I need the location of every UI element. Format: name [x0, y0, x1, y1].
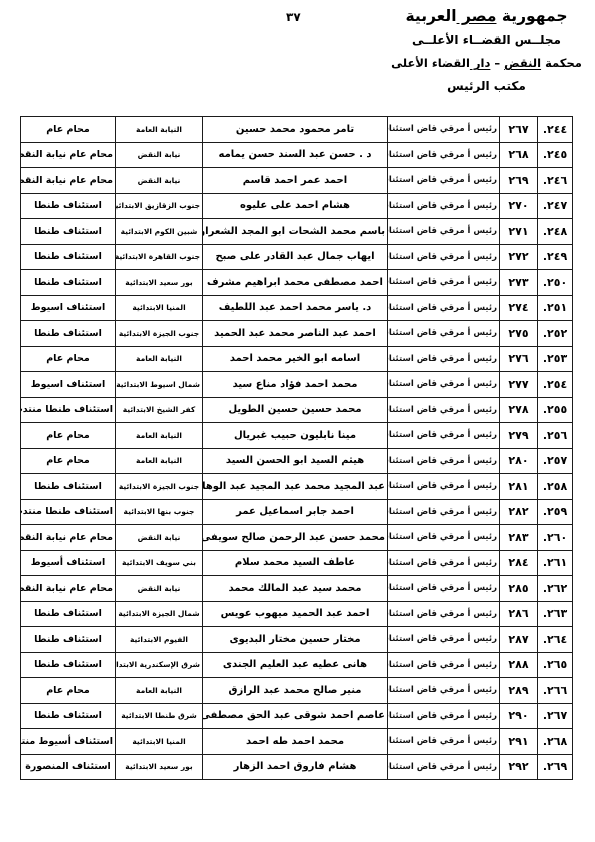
cell-serial: ٢٦٤.	[538, 627, 573, 653]
cell-number: ٢٧٧	[500, 372, 538, 398]
cell-court: بني سويف الابتدائية	[116, 550, 203, 576]
table-row: ٢٤٥.٢٦٨رئيس أ مرقي قاض استئنافد . حسن عب…	[21, 142, 573, 168]
cell-serial: ٢٤٨.	[538, 219, 573, 245]
cell-serial: ٢٦٣.	[538, 601, 573, 627]
cell-name: اسامه ابو الخير محمد احمد	[203, 346, 388, 372]
cell-serial: ٢٥٥.	[538, 397, 573, 423]
cell-rank: رئيس أ مرقي قاض استئناف	[388, 244, 500, 270]
table-row: ٢٥٤.٢٧٧رئيس أ مرقي قاض استئنافمحمد احمد …	[21, 372, 573, 398]
cell-rank: رئيس أ مرقي قاض استئناف	[388, 474, 500, 500]
table-row: ٢٥٦.٢٧٩رئيس أ مرقي قاض استئنافمينا نابلي…	[21, 423, 573, 449]
cell-rank: رئيس أ مرقي قاض استئناف	[388, 729, 500, 755]
cell-name: هشام احمد على عليوه	[203, 193, 388, 219]
cell-serial: ٢٦٥.	[538, 652, 573, 678]
cell-rank: رئيس أ مرقي قاض استئناف	[388, 601, 500, 627]
cell-name: عبد المجيد محمد عبد المجيد عبد الوهاب	[203, 474, 388, 500]
cell-rank: رئيس أ مرقي قاض استئناف	[388, 652, 500, 678]
cell-name: محمد حسن عبد الرحمن صالح سويفى	[203, 525, 388, 551]
cell-rank: رئيس أ مرقي قاض استئناف	[388, 576, 500, 602]
cell-serial: ٢٥٨.	[538, 474, 573, 500]
cell-court: النيابة العامة	[116, 448, 203, 474]
document-header: جمهورية مصر العربية مجلــس القضــاء الأع…	[383, 7, 590, 93]
cell-name: مينا نابليون حبيب غبريال	[203, 423, 388, 449]
table-row: ٢٤٩.٢٧٢رئيس أ مرقي قاض استئنافايهاب جمال…	[21, 244, 573, 270]
table-row: ٢٥٥.٢٧٨رئيس أ مرقي قاض استئنافمحمد حسين …	[21, 397, 573, 423]
cell-name: باسم محمد الشحات ابو المجد الشعراوى	[203, 219, 388, 245]
cell-position: محام عام نيابة النقض	[21, 168, 116, 194]
cell-name: احمد جابر اسماعيل عمر	[203, 499, 388, 525]
cell-court: شرق طنطا الابتدائية	[116, 703, 203, 729]
cell-number: ٢٨٨	[500, 652, 538, 678]
page-number: ٣٧	[286, 10, 301, 24]
cell-number: ٢٨٦	[500, 601, 538, 627]
cell-serial: ٢٥٠.	[538, 270, 573, 296]
cell-number: ٢٩٠	[500, 703, 538, 729]
cell-court: بور سعيد الابتدائية	[116, 754, 203, 780]
council-line: مجلــس القضــاء الأعلــى	[383, 33, 590, 47]
table-row: ٢٦١.٢٨٤رئيس أ مرقي قاض استئنافعاطف السيد…	[21, 550, 573, 576]
cell-rank: رئيس أ مرقي قاض استئناف	[388, 372, 500, 398]
table-row: ٢٦٥.٢٨٨رئيس أ مرقي قاض استئنافهانى عطيه …	[21, 652, 573, 678]
cell-court: كفر الشيخ الابتدائية	[116, 397, 203, 423]
cell-number: ٢٨٥	[500, 576, 538, 602]
table-row: ٢٦٦.٢٨٩رئيس أ مرقي قاض استئنافمنير صالح …	[21, 678, 573, 704]
cell-rank: رئيس أ مرقي قاض استئناف	[388, 346, 500, 372]
cell-serial: ٢٤٦.	[538, 168, 573, 194]
cell-serial: ٢٥٩.	[538, 499, 573, 525]
table-row: ٢٦٤.٢٨٧رئيس أ مرقي قاض استئنافمختار حسين…	[21, 627, 573, 653]
table-row: ٢٦٩.٢٩٢رئيس أ مرقي قاض استئنافهشام فاروق…	[21, 754, 573, 780]
cell-name: احمد عمر احمد قاسم	[203, 168, 388, 194]
cell-number: ٢٧٥	[500, 321, 538, 347]
cell-position: استئناف طنطا	[21, 193, 116, 219]
cell-position: محام عام	[21, 346, 116, 372]
cell-court: جنوب الجيزة الابتدائية	[116, 474, 203, 500]
cell-court: نيابة النقض	[116, 576, 203, 602]
cell-court: النيابة العامة	[116, 117, 203, 143]
cell-position: استئناف طنطا	[21, 474, 116, 500]
republic-title: جمهورية مصر العربية	[383, 7, 590, 25]
cell-rank: رئيس أ مرقي قاض استئناف	[388, 142, 500, 168]
cell-name: احمد مصطفى محمد ابراهيم مشرف	[203, 270, 388, 296]
republic-title-segment: جمهورية	[496, 7, 567, 25]
cell-number: ٢٧٢	[500, 244, 538, 270]
cell-position: استئناف أسيوط منتدب	[21, 729, 116, 755]
cell-position: محام عام نيابة النقض	[21, 576, 116, 602]
cell-number: ٢٨١	[500, 474, 538, 500]
cell-position: استئناف طنطا	[21, 321, 116, 347]
cell-position: محام عام	[21, 117, 116, 143]
cell-number: ٢٩٢	[500, 754, 538, 780]
cell-court: المنيا الابتدائية	[116, 295, 203, 321]
cell-name: محمد احمد فؤاد مناع سيد	[203, 372, 388, 398]
court-line-segment: دار	[470, 56, 490, 70]
cell-serial: ٢٥٣.	[538, 346, 573, 372]
cell-position: استئناف طنطا	[21, 601, 116, 627]
cell-rank: رئيس أ مرقي قاض استئناف	[388, 754, 500, 780]
cell-name: منير صالح محمد عبد الرازق	[203, 678, 388, 704]
cell-position: استئناف أسيوط	[21, 550, 116, 576]
cell-rank: رئيس أ مرقي قاض استئناف	[388, 550, 500, 576]
court-line-segment: القضاء الأعلى	[391, 56, 470, 70]
cell-serial: ٢٦١.	[538, 550, 573, 576]
cell-name: هيثم السيد ابو الحسن السيد	[203, 448, 388, 474]
cell-number: ٢٧٤	[500, 295, 538, 321]
cell-court: النيابة العامة	[116, 423, 203, 449]
cell-court: نيابة النقض	[116, 525, 203, 551]
cell-position: استئناف طنطا	[21, 244, 116, 270]
cell-name: هشام فاروق احمد الزهار	[203, 754, 388, 780]
table-row: ٢٤٧.٢٧٠رئيس أ مرقي قاض استئنافهشام احمد …	[21, 193, 573, 219]
republic-title-segment: العربية	[405, 7, 456, 25]
cell-court: جنوب القاهرة الابتدائية	[116, 244, 203, 270]
cell-rank: رئيس أ مرقي قاض استئناف	[388, 423, 500, 449]
cell-position: استئناف طنطا منتدب	[21, 499, 116, 525]
cell-position: استئناف المنصورة	[21, 754, 116, 780]
table-row: ٢٦٠.٢٨٣رئيس أ مرقي قاض استئنافمحمد حسن ع…	[21, 525, 573, 551]
cell-name: محمد حسين حسين الطويل	[203, 397, 388, 423]
document-page: ٣٧ جمهورية مصر العربية مجلــس القضــاء ا…	[0, 0, 595, 842]
table-row: ٢٦٧.٢٩٠رئيس أ مرقي قاض استئنافعاصم احمد …	[21, 703, 573, 729]
cell-name: ايهاب جمال عبد القادر على صبح	[203, 244, 388, 270]
cell-position: استئناف طنطا	[21, 627, 116, 653]
cell-rank: رئيس أ مرقي قاض استئناف	[388, 168, 500, 194]
cell-name: هانى عطيه عبد العليم الجندى	[203, 652, 388, 678]
cell-court: الفيوم الابتدائية	[116, 627, 203, 653]
cell-name: احمد عبد الحميد ميهوب عويس	[203, 601, 388, 627]
cell-serial: ٢٦٩.	[538, 754, 573, 780]
cell-serial: ٢٦٧.	[538, 703, 573, 729]
cell-rank: رئيس أ مرقي قاض استئناف	[388, 678, 500, 704]
table-row: ٢٥٧.٢٨٠رئيس أ مرقي قاض استئنافهيثم السيد…	[21, 448, 573, 474]
republic-title-segment: مصر	[457, 7, 497, 25]
cell-court: جنوب الزقازيق الابتدائية	[116, 193, 203, 219]
table-row: ٢٤٦.٢٦٩رئيس أ مرقي قاض استئنافاحمد عمر ا…	[21, 168, 573, 194]
cell-number: ٢٧٠	[500, 193, 538, 219]
cell-serial: ٢٦٨.	[538, 729, 573, 755]
table-row: ٢٥١.٢٧٤رئيس أ مرقي قاض استئنافد. ياسر مح…	[21, 295, 573, 321]
cell-rank: رئيس أ مرقي قاض استئناف	[388, 703, 500, 729]
cell-number: ٢٩١	[500, 729, 538, 755]
cell-court: شمال الجيزة الابتدائية	[116, 601, 203, 627]
cell-serial: ٢٦٦.	[538, 678, 573, 704]
cell-number: ٢٧١	[500, 219, 538, 245]
cell-number: ٢٨٢	[500, 499, 538, 525]
cell-serial: ٢٥٢.	[538, 321, 573, 347]
cell-serial: ٢٥٧.	[538, 448, 573, 474]
cell-court: نيابة النقض	[116, 168, 203, 194]
cell-name: محمد احمد طه احمد	[203, 729, 388, 755]
cell-number: ٢٦٧	[500, 117, 538, 143]
cell-name: د . حسن عبد السند حسن يمامه	[203, 142, 388, 168]
cell-number: ٢٧٩	[500, 423, 538, 449]
cell-court: جنوب بنها الابتدائية	[116, 499, 203, 525]
cell-position: استئناف اسيوط	[21, 372, 116, 398]
cell-position: استئناف طنطا	[21, 270, 116, 296]
court-line-segment: –	[490, 56, 504, 70]
judges-table: ٢٤٤.٢٦٧رئيس أ مرقي قاض استئنافتامر محمود…	[20, 116, 573, 780]
cell-name: د. ياسر محمد احمد عبد اللطيف	[203, 295, 388, 321]
table-row: ٢٥٠.٢٧٣رئيس أ مرقي قاض استئنافاحمد مصطفى…	[21, 270, 573, 296]
cell-rank: رئيس أ مرقي قاض استئناف	[388, 627, 500, 653]
cell-court: شرق الإسكندرية الابتدائية	[116, 652, 203, 678]
cell-serial: ٢٤٩.	[538, 244, 573, 270]
cell-name: محمد سيد عبد المالك محمد	[203, 576, 388, 602]
table-row: ٢٤٤.٢٦٧رئيس أ مرقي قاض استئنافتامر محمود…	[21, 117, 573, 143]
table-row: ٢٦٢.٢٨٥رئيس أ مرقي قاض استئنافمحمد سيد ع…	[21, 576, 573, 602]
cell-name: تامر محمود محمد حسين	[203, 117, 388, 143]
cell-name: عاصم احمد شوقى عبد الحق مصطفى	[203, 703, 388, 729]
table-row: ٢٥٣.٢٧٦رئيس أ مرقي قاض استئنافاسامه ابو …	[21, 346, 573, 372]
table-row: ٢٥٨.٢٨١رئيس أ مرقي قاض استئنافعبد المجيد…	[21, 474, 573, 500]
cell-court: جنوب الجيزة الابتدائية	[116, 321, 203, 347]
cell-court: بور سعيد الابتدائية	[116, 270, 203, 296]
cell-serial: ٢٤٤.	[538, 117, 573, 143]
cell-rank: رئيس أ مرقي قاض استئناف	[388, 193, 500, 219]
cell-serial: ٢٥١.	[538, 295, 573, 321]
cell-position: استئناف اسيوط	[21, 295, 116, 321]
cell-name: عاطف السيد محمد سلام	[203, 550, 388, 576]
cell-rank: رئيس أ مرقي قاض استئناف	[388, 117, 500, 143]
cell-court: المنيا الابتدائية	[116, 729, 203, 755]
cell-number: ٢٦٨	[500, 142, 538, 168]
cell-rank: رئيس أ مرقي قاض استئناف	[388, 295, 500, 321]
cell-rank: رئيس أ مرقي قاض استئناف	[388, 448, 500, 474]
cell-serial: ٢٦٠.	[538, 525, 573, 551]
cell-court: نيابة النقض	[116, 142, 203, 168]
cell-rank: رئيس أ مرقي قاض استئناف	[388, 321, 500, 347]
cell-number: ٢٧٨	[500, 397, 538, 423]
cell-position: محام عام	[21, 423, 116, 449]
cell-position: استئناف طنطا	[21, 652, 116, 678]
cell-number: ٢٨٠	[500, 448, 538, 474]
cell-rank: رئيس أ مرقي قاض استئناف	[388, 525, 500, 551]
cell-rank: رئيس أ مرقي قاض استئناف	[388, 219, 500, 245]
cell-serial: ٢٤٧.	[538, 193, 573, 219]
cell-court: النيابة العامة	[116, 346, 203, 372]
cell-serial: ٢٤٥.	[538, 142, 573, 168]
table-row: ٢٦٣.٢٨٦رئيس أ مرقي قاض استئنافاحمد عبد ا…	[21, 601, 573, 627]
cell-serial: ٢٥٤.	[538, 372, 573, 398]
cell-serial: ٢٥٦.	[538, 423, 573, 449]
judges-table-body: ٢٤٤.٢٦٧رئيس أ مرقي قاض استئنافتامر محمود…	[21, 117, 573, 780]
cell-position: محام عام نيابة النقض	[21, 525, 116, 551]
cell-name: مختار حسين مختار البديوى	[203, 627, 388, 653]
cell-court: شبين الكوم الابتدائية	[116, 219, 203, 245]
cell-position: محام عام	[21, 448, 116, 474]
cell-number: ٢٨٧	[500, 627, 538, 653]
cell-rank: رئيس أ مرقي قاض استئناف	[388, 499, 500, 525]
cell-name: احمد عبد الناصر محمد عبد الحميد	[203, 321, 388, 347]
cell-rank: رئيس أ مرقي قاض استئناف	[388, 270, 500, 296]
cell-court: النيابة العامة	[116, 678, 203, 704]
table-row: ٢٦٨.٢٩١رئيس أ مرقي قاض استئنافمحمد احمد …	[21, 729, 573, 755]
court-line-segment: النقض	[504, 56, 541, 70]
cell-number: ٢٧٦	[500, 346, 538, 372]
cell-number: ٢٨٤	[500, 550, 538, 576]
cell-number: ٢٧٣	[500, 270, 538, 296]
cell-number: ٢٨٩	[500, 678, 538, 704]
cell-number: ٢٨٣	[500, 525, 538, 551]
cell-court: شمال اسيوط الابتدائية	[116, 372, 203, 398]
cell-serial: ٢٦٢.	[538, 576, 573, 602]
court-line: محكمة النقض – دار القضاء الأعلى	[383, 56, 590, 70]
cell-position: استئناف طنطا منتدب	[21, 397, 116, 423]
cell-position: استئناف طنطا	[21, 219, 116, 245]
cell-rank: رئيس أ مرقي قاض استئناف	[388, 397, 500, 423]
table-row: ٢٤٨.٢٧١رئيس أ مرقي قاض استئنافباسم محمد …	[21, 219, 573, 245]
cell-number: ٢٦٩	[500, 168, 538, 194]
cell-position: محام عام نيابة النقض	[21, 142, 116, 168]
cell-position: محام عام	[21, 678, 116, 704]
cell-position: استئناف طنطا	[21, 703, 116, 729]
office-line: مكتب الرئيس	[383, 79, 590, 93]
court-line-segment: محكمة	[541, 56, 582, 70]
table-row: ٢٥٩.٢٨٢رئيس أ مرقي قاض استئنافاحمد جابر …	[21, 499, 573, 525]
table-row: ٢٥٢.٢٧٥رئيس أ مرقي قاض استئنافاحمد عبد ا…	[21, 321, 573, 347]
